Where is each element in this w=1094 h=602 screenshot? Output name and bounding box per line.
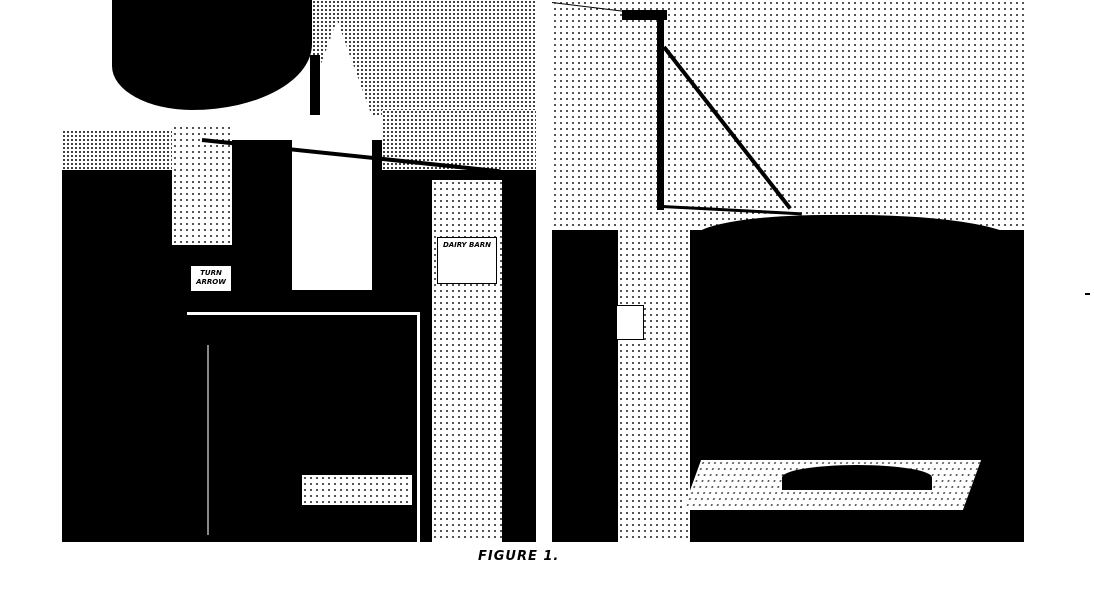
hedge-top: [62, 130, 172, 170]
dairy-barn-sign-text: DAIRY BARN: [443, 241, 491, 249]
post: [207, 345, 209, 535]
house-gable: [297, 20, 377, 130]
left-photograph: TURN ARROW DAIRY BARN: [62, 0, 536, 542]
stone-pillar: [432, 180, 502, 542]
stone-ledge: [302, 475, 412, 505]
right-photograph: [552, 0, 1024, 542]
stone-pillar: [618, 210, 690, 542]
figure-caption: FIGURE 1.: [478, 549, 559, 564]
pillar-sign: [616, 305, 644, 340]
rail-post: [417, 312, 420, 542]
scan-speck: [1085, 293, 1090, 295]
vertical-pole: [657, 15, 664, 215]
trough-water: [782, 465, 932, 490]
turn-arrow-sign-text: TURN ARROW: [196, 269, 226, 286]
gable-window: [310, 55, 320, 115]
pole-cap: [622, 10, 667, 20]
treeline: [692, 215, 1022, 275]
dairy-barn-sign: DAIRY BARN: [437, 237, 497, 284]
sky: [552, 0, 1024, 230]
turn-arrow-sign: TURN ARROW: [190, 265, 232, 292]
rail: [187, 312, 417, 315]
